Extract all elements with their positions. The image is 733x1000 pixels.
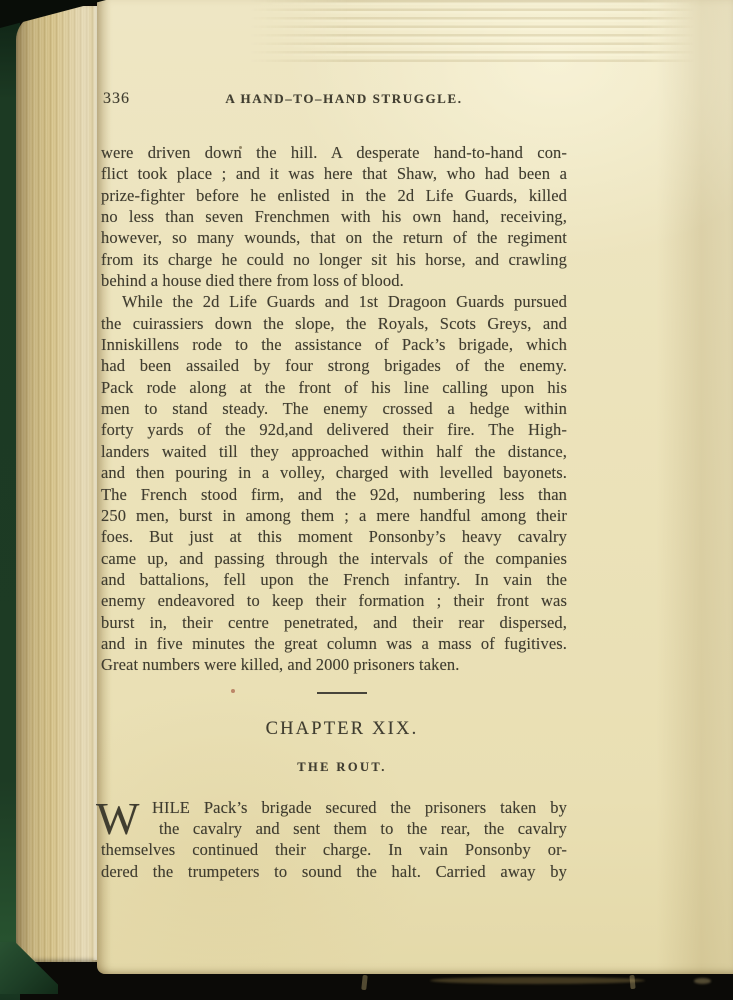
text-line: Great numbers were killed, and 2000 pris… <box>101 654 567 675</box>
text-line: dered the trumpeters to sound the halt. … <box>101 861 567 882</box>
text-line: from its charge he could no longer sit h… <box>101 249 567 270</box>
book-photo: 336 A HAND–TO–HAND STRUGGLE. were driven… <box>0 0 733 1000</box>
text-line: burst in, their centre penetrated, and t… <box>101 612 567 633</box>
paragraph: While the 2d Life Guards and 1st Dragoon… <box>101 291 567 675</box>
text-line: 250 men, burst in among them ; a mere ha… <box>101 505 567 526</box>
text-line: behind a house died there from loss of b… <box>101 270 567 291</box>
body-text: were driven down the hill. A desperate h… <box>101 142 567 676</box>
running-header: 336 A HAND–TO–HAND STRUGGLE. <box>101 88 567 108</box>
text-line: came up, and passing through the interva… <box>101 548 567 569</box>
text-line: and battalions, fell upon the French inf… <box>101 569 567 590</box>
text-line: no less than seven Frenchmen with his ow… <box>101 206 567 227</box>
chapter-opening-paragraph: W HILE Pack’s brigade secured the prison… <box>101 797 567 882</box>
text-line: however, so many wounds, that on the ret… <box>101 227 567 248</box>
text-line: HILE Pack’s brigade secured the prisoner… <box>101 797 567 818</box>
text-line: prize-fighter before he enlisted in the … <box>101 185 567 206</box>
text-line: enemy endeavored to keep their formation… <box>101 590 567 611</box>
text-line: the cavalry and sent them to the rear, t… <box>101 818 567 839</box>
page-top-streaks <box>250 0 695 62</box>
text-line: men to stand steady. The enemy crossed a… <box>101 398 567 419</box>
text-line: Pack rode along at the front of his line… <box>101 377 567 398</box>
text-line: Inniskillens rode to the assistance of P… <box>101 334 567 355</box>
cover-highlight-mark <box>361 975 368 990</box>
chapter-subheading: THE ROUT. <box>109 757 575 778</box>
text-line: had been assailed by four strong brigade… <box>101 355 567 376</box>
running-title: A HAND–TO–HAND STRUGGLE. <box>111 88 577 109</box>
text-line: forty yards of the 92d,and delivered the… <box>101 419 567 440</box>
cover-highlight-mark <box>629 975 635 989</box>
text-line: foes. But just at this moment Ponsonby’s… <box>101 526 567 547</box>
section-divider <box>317 692 367 695</box>
text-line: The French stood firm, and the 92d, numb… <box>101 484 567 505</box>
paragraph: were driven down the hill. A desperate h… <box>101 142 567 291</box>
text-line: and in five minutes the great column was… <box>101 633 567 654</box>
printed-content: 336 A HAND–TO–HAND STRUGGLE. were driven… <box>101 88 567 882</box>
page-edge-stack <box>16 6 98 962</box>
text-line: landers waited till they approached with… <box>101 441 567 462</box>
text-line: and then pouring in a volley, charged wi… <box>101 462 567 483</box>
text-line: were driven down the hill. A desperate h… <box>101 142 567 163</box>
chapter-heading: CHAPTER XIX. <box>109 719 575 740</box>
drop-cap: W <box>96 797 139 840</box>
text-line: While the 2d Life Guards and 1st Dragoon… <box>101 291 567 312</box>
cover-highlight-mark <box>694 978 711 984</box>
text-line: themselves continued their charge. In va… <box>101 839 567 860</box>
text-line: flict took place ; and it was here that … <box>101 163 567 184</box>
text-line: the cuirassiers down the slope, the Roya… <box>101 313 567 334</box>
cover-bottom-sheen <box>430 977 645 984</box>
